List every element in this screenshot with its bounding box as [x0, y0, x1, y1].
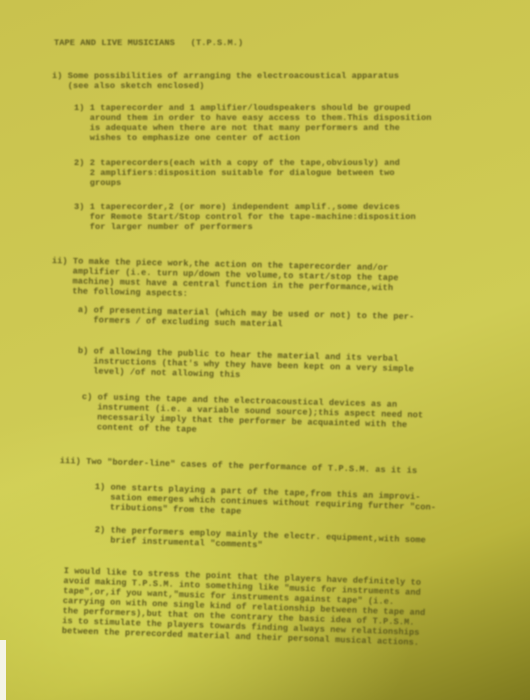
section-i-item-1: 1) 1 taperecorder and 1 amplifier/loudsp… — [74, 103, 431, 143]
section-iii-item-2: 2) the performers employ mainly the elec… — [94, 525, 426, 555]
section-ii-item-b: b) of allowing the public to hear the ma… — [77, 346, 414, 384]
section-ii-heading: ii) To make the piece work,the action on… — [51, 256, 399, 303]
section-iii-heading: iii) Two "border-line" cases of the perf… — [60, 456, 418, 476]
section-ii-item-a: a) of presenting material (which may be … — [78, 305, 415, 332]
typewritten-document: TAPE AND LIVE MUSICIANS (T.P.S.M.) i) So… — [0, 0, 530, 700]
section-iii-item-1: 1) one starts playing a part of the tape… — [94, 482, 436, 523]
section-i-heading: i) Some possibilities of arranging the e… — [52, 71, 399, 91]
section-i-item-2: 2) 2 taperecorders(each with a copy of t… — [74, 158, 400, 188]
document-title: TAPE AND LIVE MUSICIANS (T.P.S.M.) — [54, 38, 243, 48]
closing-paragraph: I would like to stress the point that th… — [62, 566, 427, 648]
section-i-item-3: 3) 1 taperecorder,2 (or more) independen… — [74, 202, 416, 232]
section-ii-item-c: c) of using the tape and the electroacou… — [81, 392, 424, 440]
